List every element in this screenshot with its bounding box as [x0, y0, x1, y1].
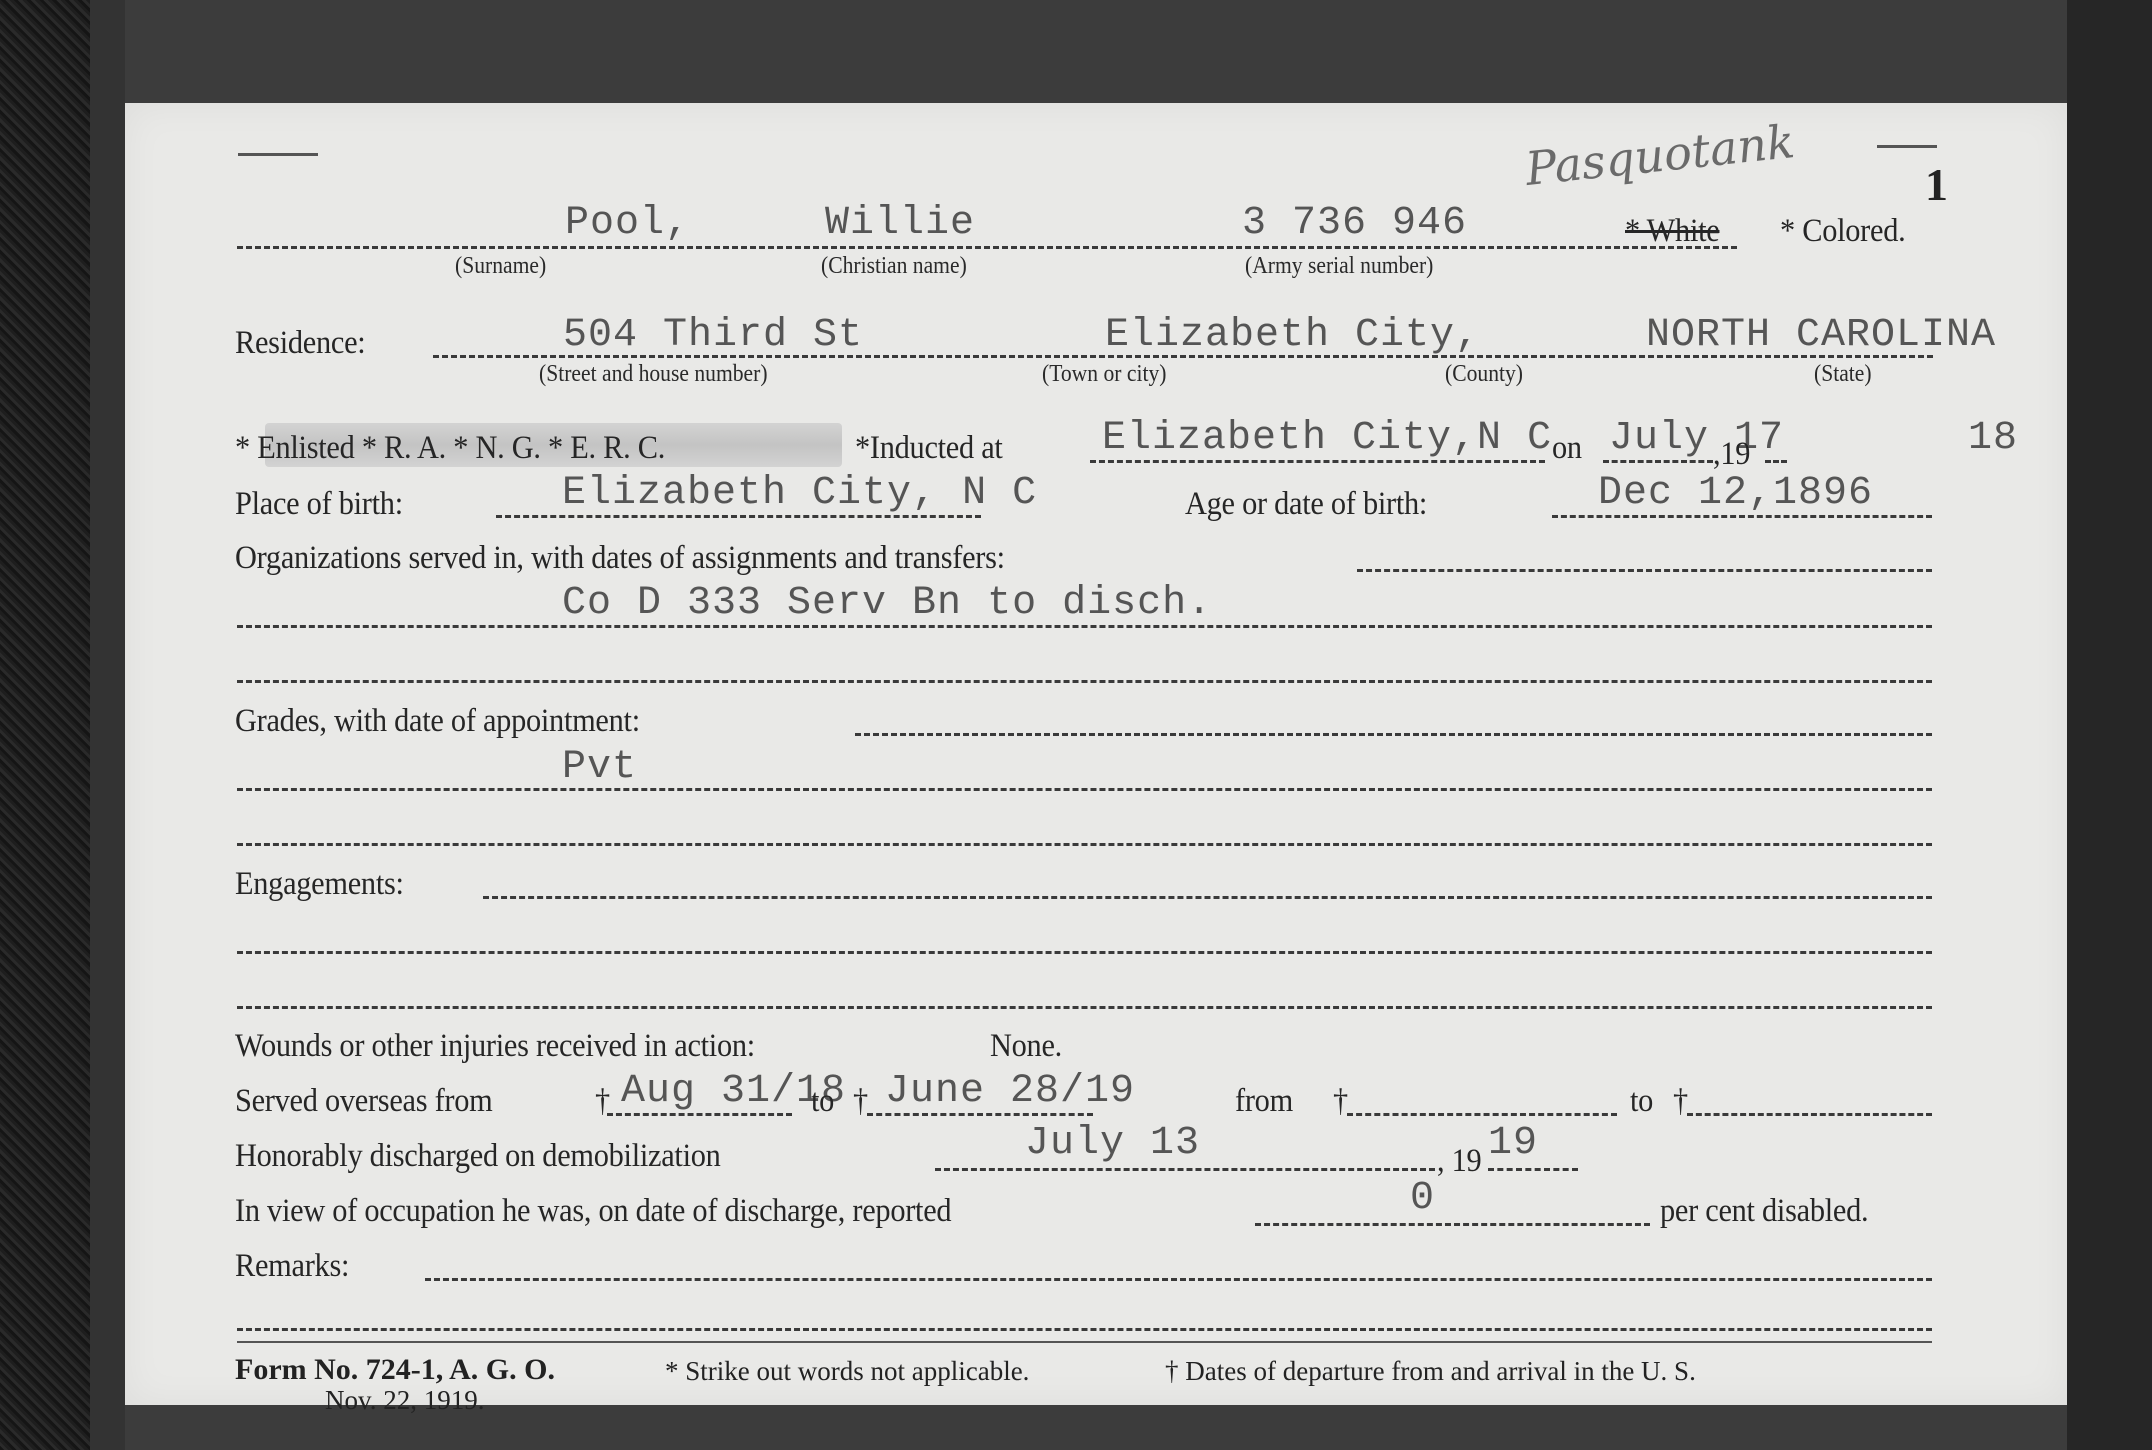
inducted-at-value: Elizabeth City,N C: [1102, 416, 1552, 461]
residence-state-value: NORTH CAROLINA: [1646, 313, 1996, 358]
scan-border-left: [0, 0, 90, 1450]
remarks-line-1: [425, 1278, 1932, 1281]
engagements-line-3: [237, 1006, 1932, 1009]
discharge-year-prefix: , 19: [1437, 1143, 1481, 1180]
surname-caption: (Surname): [455, 253, 546, 280]
town-caption: (Town or city): [1042, 361, 1166, 388]
form-number: Form No. 724-1, A. G. O.: [235, 1353, 555, 1387]
overseas-label: Served overseas from: [235, 1083, 493, 1120]
overseas-dagger-4: †: [1673, 1083, 1688, 1120]
wounds-value: None.: [990, 1028, 1062, 1065]
grades-value: Pvt: [562, 745, 637, 790]
date-of-birth-value: Dec 12,1896: [1598, 471, 1873, 516]
race-option-colored: * Colored.: [1780, 213, 1905, 250]
disability-suffix: per cent disabled.: [1660, 1193, 1868, 1230]
induction-year-value: 18: [1968, 416, 2018, 461]
induction-year-prefix: ,19: [1713, 436, 1750, 473]
scan-border-band: [90, 0, 125, 1450]
overseas-to-value: June 28/19: [885, 1069, 1135, 1114]
place-of-birth-label: Place of birth:: [235, 486, 403, 523]
grades-line-3: [237, 843, 1932, 846]
handwritten-county: Pasquotank: [1523, 114, 1797, 196]
dagger-note: † Dates of departure from and arrival in…: [1165, 1356, 1696, 1387]
scan-border-right: [2067, 0, 2152, 1450]
discharge-date-line: [935, 1168, 1435, 1171]
discharge-label: Honorably discharged on demobilization: [235, 1138, 721, 1175]
state-caption: (State): [1814, 361, 1872, 388]
christian-name-caption: (Christian name): [821, 253, 967, 280]
christian-name-value: Willie: [825, 201, 975, 246]
engagements-line-2: [237, 951, 1932, 954]
date-of-birth-label: Age or date of birth:: [1185, 486, 1427, 523]
remarks-line-2: [237, 1328, 1932, 1331]
top-left-dash: [238, 153, 318, 156]
engagements-label: Engagements:: [235, 866, 404, 903]
disability-line: [1255, 1223, 1650, 1226]
discharge-year-line: [1488, 1168, 1578, 1171]
overseas-to-line-2: [1687, 1113, 1932, 1116]
card-number-overline: [1877, 145, 1937, 148]
overseas-from-label-2: from: [1235, 1083, 1293, 1120]
grades-label: Grades, with date of appointment:: [235, 703, 640, 740]
overseas-dagger-2: †: [853, 1083, 868, 1120]
organizations-line-1: [1357, 569, 1932, 572]
overseas-to-label-2: to: [1630, 1083, 1653, 1120]
footer-rule: [237, 1341, 1932, 1343]
overseas-dagger-3: †: [1333, 1083, 1348, 1120]
overseas-to-label: to: [811, 1083, 834, 1120]
strike-out-note: * Strike out words not applicable.: [665, 1356, 1029, 1387]
residence-label: Residence:: [235, 325, 365, 362]
engagements-line-1: [483, 896, 1932, 899]
surname-value: Pool,: [565, 201, 690, 246]
wounds-label: Wounds or other injuries received in act…: [235, 1028, 755, 1065]
serial-caption: (Army serial number): [1245, 253, 1433, 280]
residence-street-value: 504 Third St: [563, 313, 863, 358]
disability-value: 0: [1410, 1176, 1435, 1221]
organizations-line-3: [237, 680, 1932, 683]
service-record-card: Pasquotank 1 Pool, Willie 3 736 946 * Wh…: [125, 103, 2067, 1405]
army-serial-number-value: 3 736 946: [1242, 201, 1467, 246]
discharge-date-value: July 13: [1025, 1121, 1200, 1166]
induction-date-value: July 17: [1609, 416, 1784, 461]
remarks-label: Remarks:: [235, 1248, 349, 1285]
organizations-label: Organizations served in, with dates of a…: [235, 540, 1005, 577]
discharge-year-value: 19: [1488, 1121, 1538, 1166]
place-of-birth-value: Elizabeth City, N C: [562, 471, 1037, 516]
race-option-white: * White: [1625, 213, 1719, 250]
overseas-from-line-2: [1347, 1113, 1617, 1116]
street-caption: (Street and house number): [539, 361, 768, 388]
grades-line-2: [237, 788, 1932, 791]
on-label: on: [1552, 430, 1582, 467]
disability-label: In view of occupation he was, on date of…: [235, 1193, 951, 1230]
grades-line-1: [855, 733, 1932, 736]
card-number: 1: [1925, 158, 1948, 211]
organizations-value: Co D 333 Serv Bn to disch.: [562, 581, 1212, 626]
enlistment-options: * Enlisted * R. A. * N. G. * E. R. C.: [235, 430, 665, 467]
induction-year-line: [1765, 460, 1787, 463]
name-line: [237, 246, 1737, 249]
form-date: Nov. 22, 1919.: [325, 1385, 485, 1416]
inducted-at-label: *Inducted at: [855, 430, 1003, 467]
county-caption: (County): [1445, 361, 1523, 388]
residence-town-value: Elizabeth City,: [1105, 313, 1480, 358]
